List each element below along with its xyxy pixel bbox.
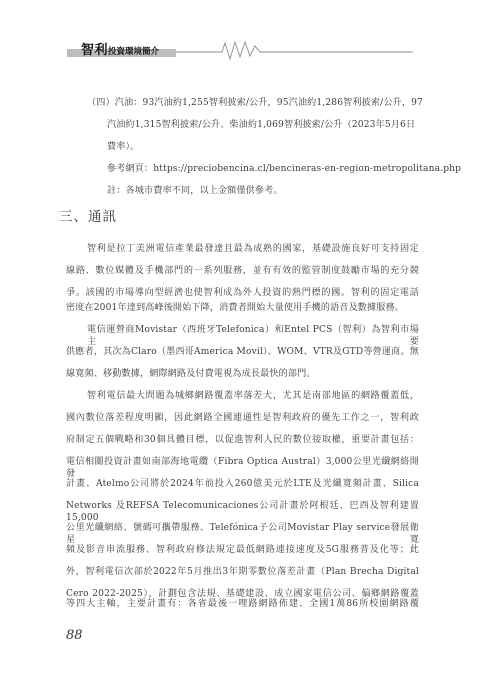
paragraph-3-line-11: 等四大主軸，主要計畫有：各省最後一哩路網路佈建、全國1萬86所校園網路覆	[66, 598, 419, 610]
paragraph-3-line-5: 計畫、Atelmo公司將於2024年前投入260億美元於LTE及光纖寬頻計畫、S…	[66, 478, 419, 490]
paragraph-3-line-6: Networks 及REFSA Telecomunicaciones公司計畫於阿…	[66, 500, 419, 524]
page-number: 88	[66, 628, 83, 643]
paragraph-3-line-1: 智利電信最大問題為城鄉網路覆蓋率落差大，尤其是南部地區的網路覆蓋低，	[87, 390, 419, 402]
paragraph-1-line-4: 密度在2001年達到高峰後開始下降，消費者開始大量使用手機的語音及數據服務。	[66, 302, 404, 314]
header-title: 智利投資環境簡介	[81, 41, 159, 60]
section-heading: 三、通訊	[59, 205, 117, 225]
paragraph-2-line-3: 線寬頻、移動數據，網際網路及付費電視為成長最快的部門。	[66, 368, 316, 380]
fuel-reference-url: 參考網頁：https://preciobencina.cl/bencineras…	[107, 163, 461, 175]
fuel-line-3: 費率）。	[107, 141, 139, 153]
paragraph-3-line-8: 頻及影音串流服務、智利政府修法規定最低網路連接速度及5G服務普及化等；此	[66, 544, 419, 556]
paragraph-3-line-7: 公里光纖網絡、號碼可攜帶服務、Telefónica子公司Movistar Pla…	[66, 522, 419, 546]
header-title-country: 智利	[81, 43, 108, 58]
paragraph-1-line-1: 智利是拉丁美洲電信產業最發達且最為成熟的國家，基礎設施良好可支持固定	[87, 243, 419, 255]
paragraph-3-line-2: 國內數位落差程度明顯，因此網路全國連通性是智利政府的優先工作之一，智利政	[66, 412, 419, 424]
fuel-note: 註：各城市費率不同，以上金額僅供參考。	[107, 185, 283, 197]
paragraph-2-line-2: 供應者，其次為Claro（墨西哥America Movil）、WOM、VTR及G…	[66, 346, 419, 358]
paragraph-1-line-2: 線路、數位媒體及手機部門的一系列服務，並有有效的監管制度鼓勵市場的充分競	[66, 265, 419, 277]
paragraph-1-line-3: 爭。該國的市場導向型經濟也使智利成為外人投資的熱門標的國。智利的固定電話	[66, 287, 419, 299]
paragraph-2-line-1: 電信運營商Movistar（西班牙Telefonica）和Entel PCS（智…	[87, 324, 419, 348]
paragraph-3-line-9: 外，智利電信次部於2022年5月推出3年期零數位落差計畫（Plan Brecha…	[66, 566, 419, 578]
paragraph-3-line-3: 府制定五個戰略和30個具體目標，以促進智利人民的數位接取權，重要計畫包括：	[66, 434, 419, 446]
paragraph-3-line-4: 電信相關投資計畫如南部海地電纜（Fibra Optica Austral）3,0…	[66, 456, 419, 480]
fuel-line-1: （四）汽油：93汽油約1,255智利披索/公升，95汽油約1,286智利披索/公…	[87, 97, 423, 109]
running-header: 智利投資環境簡介	[67, 40, 413, 60]
fuel-line-2: 汽油約1,315智利披索/公升、柴油約1,069智利披索/公升（2023年5月6…	[107, 119, 415, 131]
header-title-subtitle: 投資環境簡介	[108, 47, 159, 57]
